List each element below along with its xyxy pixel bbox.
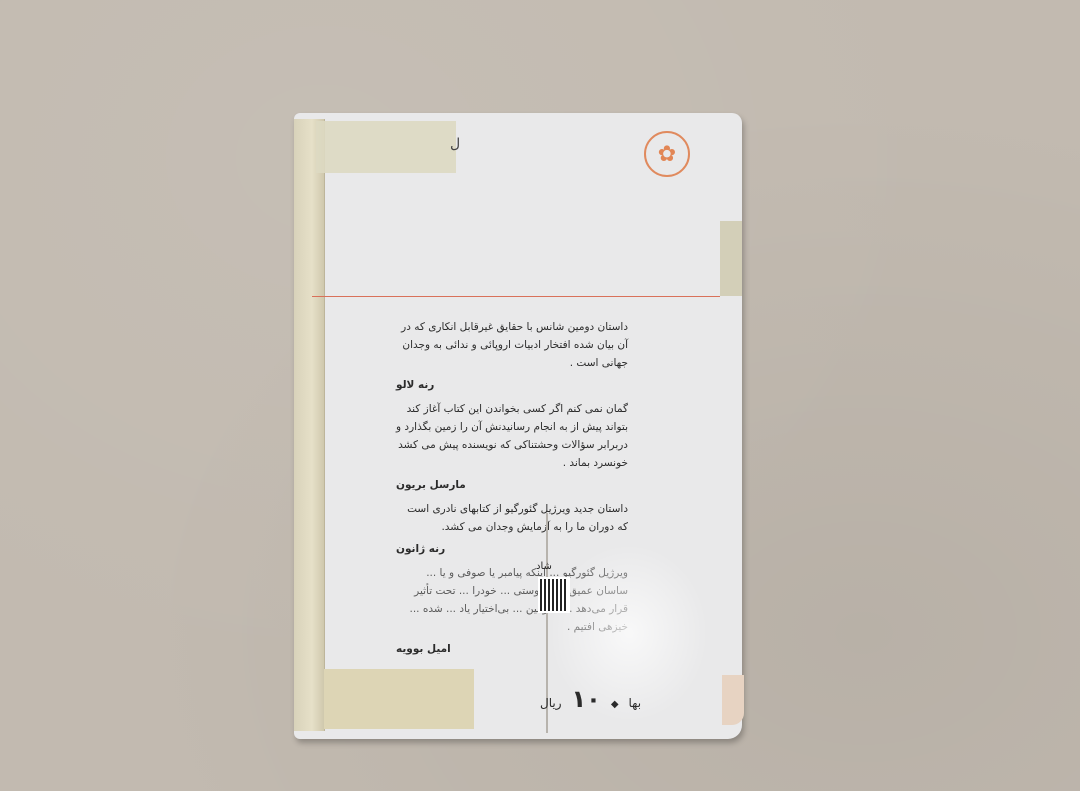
price: بها ◆ ۱۰ ریال	[540, 685, 641, 713]
blurb-text: داستان دومین شانس با حقایق غیرقابل انکار…	[396, 318, 628, 372]
blurb-text: داستان جدید ویرژیل گئورگیو از کتابهای نا…	[396, 500, 628, 536]
spine-tape	[294, 119, 325, 731]
publisher-logo-icon: ✿	[644, 131, 690, 177]
price-value: ۱۰	[572, 685, 601, 713]
blurb-author: رنه لالو	[396, 376, 628, 394]
handwritten-mark: ل	[450, 136, 460, 152]
price-currency: ریال	[540, 696, 562, 710]
peeled-corner	[722, 675, 744, 725]
blurb-author: مارسل بریون	[396, 476, 628, 494]
divider-line	[312, 296, 720, 297]
barcode-label: شاد	[536, 561, 552, 572]
barcode-sticker	[538, 577, 570, 613]
blurb-text: گمان نمی کنم اگر کسی بخواندن این کتاب آغ…	[396, 400, 628, 472]
bullet-icon: ◆	[611, 699, 619, 710]
tape-patch-top	[316, 121, 456, 173]
book-back-cover: ل ✿ داستان دومین شانس با حقایق غیرقابل ا…	[294, 113, 742, 739]
tape-patch-right	[720, 221, 742, 296]
tape-patch-bottom	[324, 669, 474, 729]
price-label: بها	[629, 696, 642, 710]
